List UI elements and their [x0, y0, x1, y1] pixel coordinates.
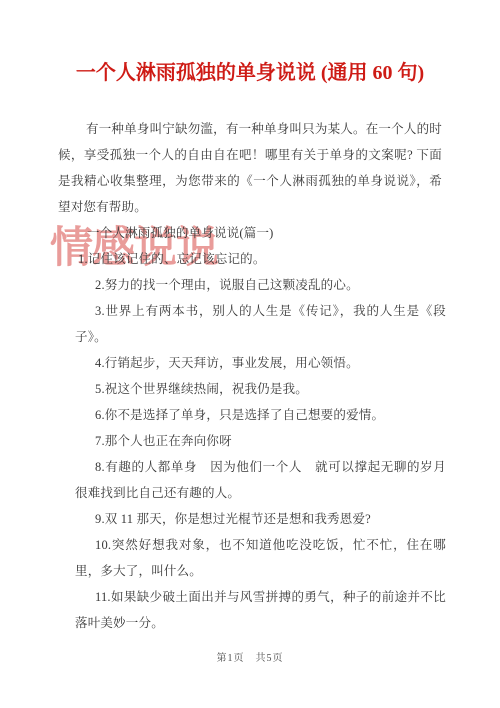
document-body: 有一种单身叫宁缺勿滥，有一种单身叫只为某人。在一个人的时候，享受孤独一个人的自由… — [0, 116, 500, 636]
list-item: 4.行销起步，天天拜访，事业发展，用心领悟。 — [75, 350, 446, 376]
list-item: 11.如果缺少破土面出并与风雪拼搏的勇气，种子的前途并不比落叶美妙一分。 — [75, 584, 446, 636]
list-item: 5.祝这个世界继续热闹，祝我仍是我。 — [75, 376, 446, 402]
section-heading: 一个人淋雨孤独的单身说说(篇一) — [58, 220, 446, 246]
list-item: 1.记住该记住的、忘记该忘记的。 — [75, 246, 446, 272]
page-footer: 第1页 共5页 — [0, 652, 500, 666]
page-title: 一个人淋雨孤独的单身说说 (通用 60 句) — [30, 57, 470, 90]
list-item: 2.努力的找一个理由，说服自己这颗凌乱的心。 — [75, 272, 446, 298]
list-item: 6.你不是选择了单身，只是选择了自己想要的爱情。 — [75, 402, 446, 428]
document-page: { "title": "一个人淋雨孤独的单身说说 (通用 60 句)", "ti… — [0, 0, 500, 708]
list-item: 7.那个人也正在奔向你呀 — [75, 428, 446, 454]
list-item: 9.双 11 那天，你是想过光棍节还是想和我秀恩爱? — [75, 506, 446, 532]
list-item: 10.突然好想我对象，也不知道他吃没吃饭，忙不忙，住在哪里，多大了，叫什么。 — [75, 532, 446, 584]
list-item: 3.世界上有两本书，别人的人生是《传记》，我的人生是《段子》。 — [75, 298, 446, 350]
list-item: 8.有趣的人都单身 因为他们一个人 就可以撑起无聊的岁月 很难找到比自己还有趣的… — [75, 454, 446, 506]
intro-paragraph: 有一种单身叫宁缺勿滥，有一种单身叫只为某人。在一个人的时候，享受孤独一个人的自由… — [58, 116, 442, 220]
